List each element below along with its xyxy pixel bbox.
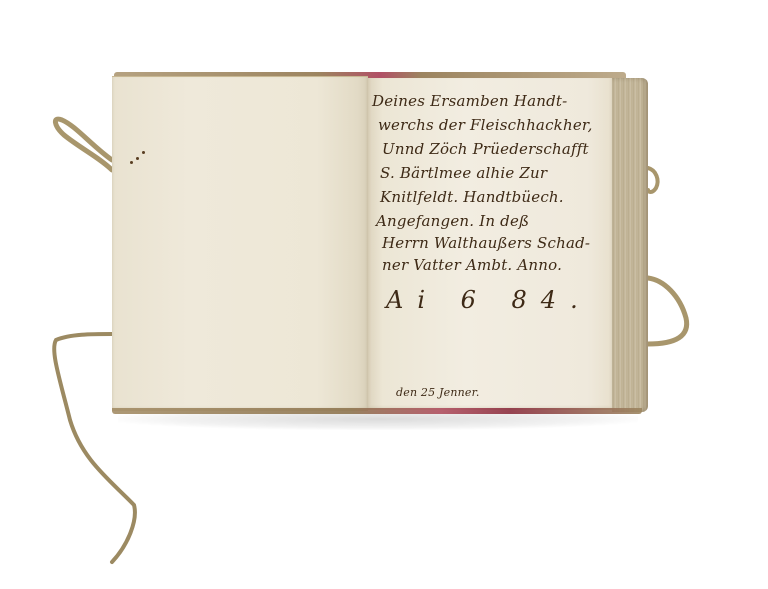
text-line-5: Knitlfeldt. Handtbüech. — [380, 188, 564, 206]
fore-edge — [612, 78, 648, 412]
text-line-8: ner Vatter Ambt. Anno. — [382, 256, 562, 274]
text-line-6: Angefangen. In deß — [376, 212, 529, 230]
open-book: Deines Ersamben Handt- werchs der Fleisc… — [108, 70, 656, 420]
text-line-3: Unnd Zöch Prüederschafft — [382, 140, 589, 158]
text-line-1: Deines Ersamben Handt- — [372, 92, 567, 110]
book-photograph: Deines Ersamben Handt- werchs der Fleisc… — [0, 0, 768, 589]
tie-upper-left — [55, 119, 112, 170]
text-line-2: werchs der Fleischhackher, — [378, 116, 593, 134]
year-text: Ai 6 84. — [386, 286, 592, 314]
text-line-4: S. Bärtlmee alhie Zur — [380, 164, 547, 182]
left-page — [112, 76, 368, 411]
right-page: Deines Ersamben Handt- werchs der Fleisc… — [368, 78, 612, 410]
text-line-7: Herrn Walthaußers Schad- — [382, 234, 590, 252]
cover-bottom-edge — [112, 408, 642, 414]
date-note: den 25 Jenner. — [396, 386, 480, 399]
